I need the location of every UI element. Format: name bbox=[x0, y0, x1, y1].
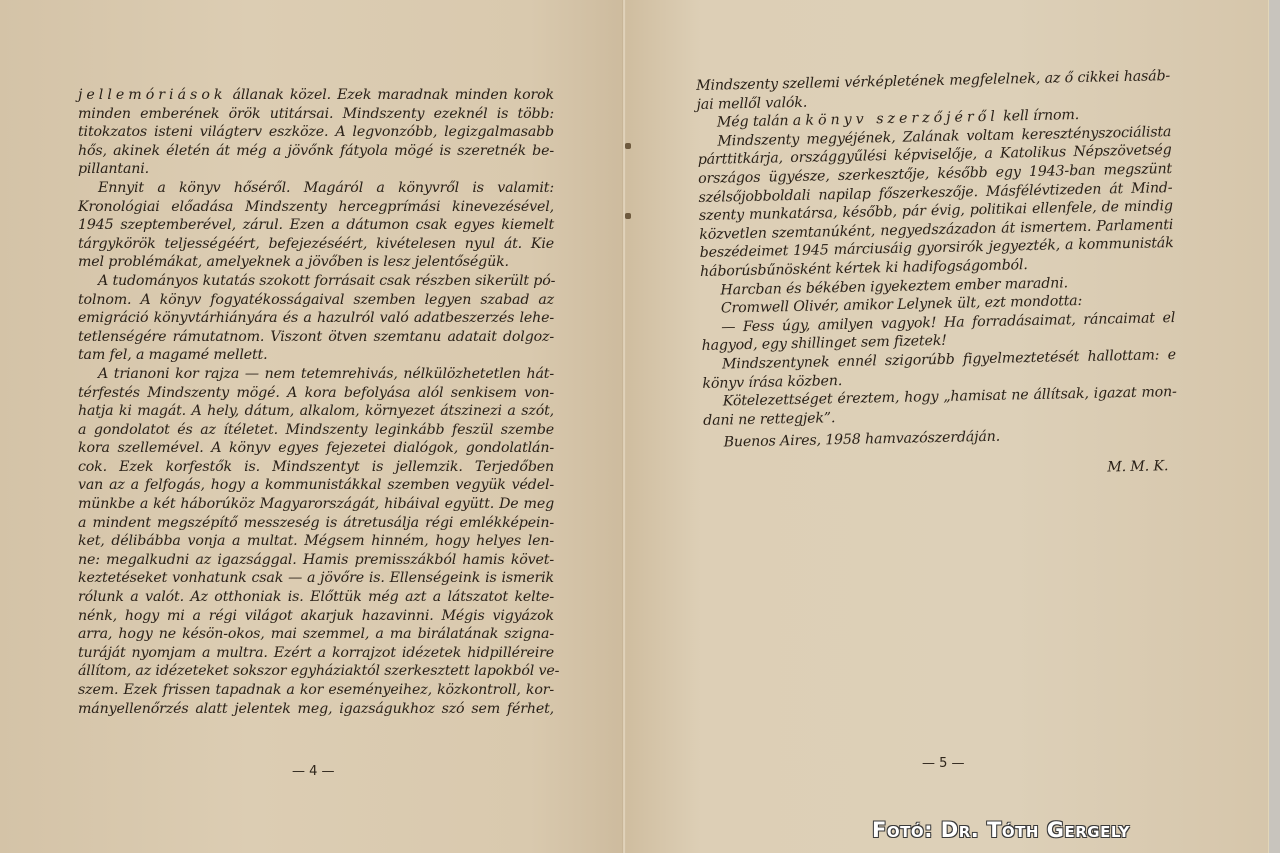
text-line: mel problémákat, amelyeknek a jövőben is… bbox=[78, 253, 554, 272]
book-spread: jellemóriások állanak közel. Ezek maradn… bbox=[0, 0, 1280, 853]
text-line: pillantani. bbox=[78, 160, 554, 179]
text-line: térfestés Mindszenty mögé. A kora befoly… bbox=[78, 384, 554, 403]
text-line: minden emberének örök utitársai. Mindsze… bbox=[78, 105, 554, 124]
text-line: keztetéseket vonhatunk csak — a jövőre i… bbox=[78, 569, 554, 588]
text-line: A trianoni kor rajza — nem tetemrehivás,… bbox=[78, 365, 554, 384]
text-fragment: könyv szerzőjéről bbox=[805, 109, 999, 129]
photo-credit: Fotó: Dr. Tóth Gergely bbox=[872, 818, 1130, 842]
text-line: mányellenőrzés alatt jelentek meg, igazs… bbox=[78, 700, 554, 719]
text-line: a gondolatot és az ítéletet. Mindszenty … bbox=[78, 421, 554, 440]
text-line: cok. Ezek korfestők is. Mindszentyt is j… bbox=[78, 458, 554, 477]
text-line: hős, akinek életén át még a jövőnk fátyo… bbox=[78, 142, 554, 161]
text-line: emigráció könyvtárhiányára és a hazulról… bbox=[78, 309, 554, 328]
text-line: ne: megalkudni az igazsággal. Hamis prem… bbox=[78, 551, 554, 570]
text-line: tolnom. A könyv fogyatékosságaival szemb… bbox=[78, 291, 554, 310]
text-fragment: jellemóriások bbox=[78, 87, 226, 103]
text-line: Kronológiai előadása Mindszenty hercegpr… bbox=[78, 198, 554, 217]
text-line: tárgykörök teljességéért, befejezéséért,… bbox=[78, 235, 554, 254]
text-line: münkbe a két háborúköz Magyarországát, h… bbox=[78, 495, 554, 514]
text-line: tetlenségére rámutatnom. Viszont ötven s… bbox=[78, 328, 554, 347]
text-line: rólunk a valót. Az otthoniak is. Előttük… bbox=[78, 588, 554, 607]
text-line: a mindent megszépítő messzeség is átretu… bbox=[78, 514, 554, 533]
text-line: szem. Ezek frissen tapadnak a kor esemén… bbox=[78, 681, 554, 700]
text-line: tam fel, a magamé mellett. bbox=[78, 346, 554, 365]
staple-icon bbox=[625, 213, 631, 219]
text-line: jellemóriások állanak közel. Ezek maradn… bbox=[78, 86, 554, 105]
text-line: ket, délibábba vonja a multat. Mégsem hi… bbox=[78, 532, 554, 551]
text-line: 1945 szeptemberével, zárul. Ezen a dátum… bbox=[78, 216, 554, 235]
text-line: Ennyit a könyv hőséről. Magáról a könyvr… bbox=[78, 179, 554, 198]
page-number-left: — 4 — bbox=[292, 764, 335, 779]
text-line: hatja ki magát. A hely, dátum, alkalom, … bbox=[78, 402, 554, 421]
right-page-text: Mindszenty szellemi vérképletének megfel… bbox=[696, 67, 1178, 485]
text-line: van az a felfogás, hogy a kommunistákkal… bbox=[78, 476, 554, 495]
text-line: kora szellemével. A könyv egyes fejezete… bbox=[78, 439, 554, 458]
left-page-text: jellemóriások állanak közel. Ezek maradn… bbox=[78, 86, 554, 718]
page-number-right: — 5 — bbox=[922, 756, 965, 771]
text-line: titokzatos isteni világterv eszköze. A l… bbox=[78, 123, 554, 142]
book-gutter bbox=[622, 0, 626, 853]
text-line: állítom, az idézeteket sokszor egyháziak… bbox=[78, 662, 554, 681]
page-edge bbox=[1268, 0, 1280, 853]
staple-icon bbox=[625, 143, 631, 149]
text-line: turáját nyomjam a multra. Ezért a korraj… bbox=[78, 644, 554, 663]
text-line: A tudományos kutatás szokott forrásait c… bbox=[78, 272, 554, 291]
text-line: arra, hogy ne késön-okos, mai szemmel, a… bbox=[78, 625, 554, 644]
text-line: nénk, hogy mi a régi világot akarjuk haz… bbox=[78, 607, 554, 626]
